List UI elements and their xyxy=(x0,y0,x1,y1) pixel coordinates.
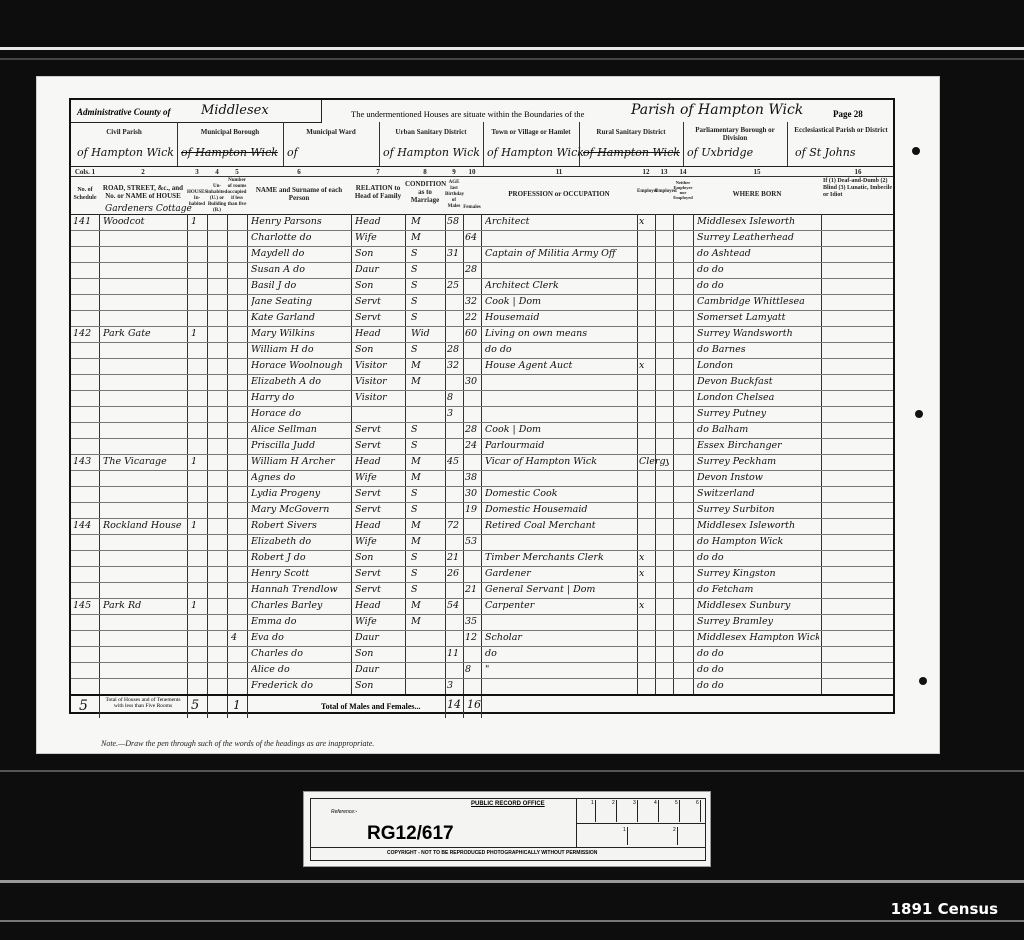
cell-name: Henry Parsons xyxy=(251,216,349,227)
cell-name: Maydell do xyxy=(251,248,349,259)
cell-sched: 143 xyxy=(73,456,97,467)
cell-born: Surrey Peckham xyxy=(697,456,819,467)
county-box: Administrative County of Middlesex xyxy=(71,100,322,123)
cell-rel: Daur xyxy=(355,632,403,643)
table-row: 141Woodcot1Henry ParsonsHeadM58Architect… xyxy=(71,214,893,231)
cell-occ: Architect xyxy=(485,216,635,227)
table-row: 4Eva doDaur12ScholarMiddlesex Hampton Wi… xyxy=(71,630,893,647)
cell-emp: Clergy xyxy=(639,456,669,467)
cell-house: Rockland House xyxy=(103,520,185,531)
cell-cond: S xyxy=(411,584,443,595)
cell-born: Surrey Wandsworth xyxy=(697,328,819,339)
cell-rel: Wife xyxy=(355,536,403,547)
cell-rel: Daur xyxy=(355,264,403,275)
cell-name: Robert J do xyxy=(251,552,349,563)
totals-row: 5 Total of Houses and of Tenements with … xyxy=(71,694,893,718)
cell-occ: Cook | Dom xyxy=(485,296,635,307)
cell-emp: x xyxy=(639,360,669,371)
cell-f: 21 xyxy=(465,584,481,595)
office-name: PUBLIC RECORD OFFICE xyxy=(471,801,545,807)
cell-name: Frederick do xyxy=(251,680,349,691)
cell-inh: 1 xyxy=(191,600,205,611)
cell-rel: Daur xyxy=(355,664,403,675)
cell-f: 8 xyxy=(465,664,481,675)
background-stripe xyxy=(0,58,1024,60)
cell-name: Elizabeth do xyxy=(251,536,349,547)
cell-occ: Domestic Cook xyxy=(485,488,635,499)
table-row: 144Rockland House1Robert SiversHeadM72Re… xyxy=(71,518,893,535)
table-row: Mary McGovernServtS19Domestic HousemaidS… xyxy=(71,502,893,519)
cell-rel: Son xyxy=(355,248,403,259)
cell-name: Robert Sivers xyxy=(251,520,349,531)
table-row: Frederick doSon3do do xyxy=(71,678,893,695)
ruler-inch-label: 1 xyxy=(623,827,628,845)
cell-born: Surrey Kingston xyxy=(697,568,819,579)
ruler-cm-label: 1 xyxy=(591,800,596,822)
cell-cond: Wid xyxy=(411,328,443,339)
background-stripe xyxy=(0,770,1024,772)
cell-born: Surrey Surbiton xyxy=(697,504,819,515)
cell-cond: S xyxy=(411,424,443,435)
cell-name: Emma do xyxy=(251,616,349,627)
boundaries-text: The undermentioned Houses are situate wi… xyxy=(351,109,584,119)
punch-hole xyxy=(912,147,920,155)
cell-born: do Ashtead xyxy=(697,248,819,259)
cell-occ: Carpenter xyxy=(485,600,635,611)
cell-occ: Timber Merchants Clerk xyxy=(485,552,635,563)
form-note: Note.—Draw the pen through such of the w… xyxy=(101,739,374,748)
cell-occ: Vicar of Hampton Wick xyxy=(485,456,635,467)
col-5-header: Number of rooms occupied if less than fi… xyxy=(227,178,247,208)
cell-rel: Head xyxy=(355,216,403,227)
cell-house: Park Rd xyxy=(103,600,185,611)
cell-name: Basil J do xyxy=(251,280,349,291)
cell-inh: 1 xyxy=(191,328,205,339)
cell-m: 58 xyxy=(447,216,463,227)
table-row: Agnes doWifeM38Devon Instow xyxy=(71,470,893,487)
cell-f: 30 xyxy=(465,488,481,499)
cell-born: Surrey Leatherhead xyxy=(697,232,819,243)
cell-born: Surrey Putney xyxy=(697,408,819,419)
cell-cond: S xyxy=(411,488,443,499)
cell-cond: S xyxy=(411,344,443,355)
boundaries-value: Parish of Hampton Wick xyxy=(631,102,803,118)
cell-emp: x xyxy=(639,216,669,227)
cell-cond: M xyxy=(411,360,443,371)
cell-name: Lydia Progeny xyxy=(251,488,349,499)
cell-born: do Hampton Wick xyxy=(697,536,819,547)
cell-cond: S xyxy=(411,440,443,451)
county-label: Administrative County of xyxy=(77,107,171,117)
cell-rel: Head xyxy=(355,328,403,339)
cell-cond: M xyxy=(411,472,443,483)
cell-f: 32 xyxy=(465,296,481,307)
table-row: Horace do3Surrey Putney xyxy=(71,406,893,423)
cell-f: 12 xyxy=(465,632,481,643)
cell-m: 11 xyxy=(447,648,463,659)
col-6-header: NAME and Surname of each Person xyxy=(251,186,347,202)
census-form: Administrative County of Middlesex The u… xyxy=(69,98,895,714)
col-2-header: ROAD, STREET, &c., and No. or NAME of HO… xyxy=(101,184,185,200)
punch-hole xyxy=(915,410,923,418)
ruler-cm-label: 3 xyxy=(633,800,638,822)
table-row: Elizabeth doWifeM53do Hampton Wick xyxy=(71,534,893,551)
cell-cond: S xyxy=(411,312,443,323)
cell-f: 38 xyxy=(465,472,481,483)
cell-name: Agnes do xyxy=(251,472,349,483)
cell-occ: Architect Clerk xyxy=(485,280,635,291)
cell-cond: S xyxy=(411,280,443,291)
cell-house: The Vicarage xyxy=(103,456,185,467)
cell-born: do do xyxy=(697,664,819,675)
cell-born: do Barnes xyxy=(697,344,819,355)
table-row: Alice doDaur8"do do xyxy=(71,662,893,679)
total-males: 14 xyxy=(447,698,461,711)
cell-f: 19 xyxy=(465,504,481,515)
image-caption: 1891 Census xyxy=(891,900,998,918)
cell-name: William H do xyxy=(251,344,349,355)
total-persons-label: Total of Males and Females... xyxy=(321,702,420,711)
cell-rel: Servt xyxy=(355,504,403,515)
cell-cond: M xyxy=(411,600,443,611)
reference-card: PUBLIC RECORD OFFICE Reference:- RG12/61… xyxy=(303,791,711,867)
census-page: Administrative County of Middlesex The u… xyxy=(37,77,939,753)
cell-rel: Son xyxy=(355,680,403,691)
cell-rel: Visitor xyxy=(355,392,403,403)
cell-born: Devon Instow xyxy=(697,472,819,483)
cell-sched: 145 xyxy=(73,600,97,611)
col-15-header: WHERE BORN xyxy=(693,190,821,198)
table-row: Horace WoolnoughVisitorM32House Agent Au… xyxy=(71,358,893,375)
table-row: Charlotte doWifeM64Surrey Leatherhead xyxy=(71,230,893,247)
cell-name: Alice do xyxy=(251,664,349,675)
cell-emp: x xyxy=(639,600,669,611)
table-row: Henry ScottServtS26GardenerxSurrey Kings… xyxy=(71,566,893,583)
cell-occ: General Servant | Dom xyxy=(485,584,635,595)
cell-m: 45 xyxy=(447,456,463,467)
table-row: Robert J doSonS21Timber Merchants Clerkx… xyxy=(71,550,893,567)
cell-cond: M xyxy=(411,456,443,467)
table-row: Alice SellmanServtS28Cook | Domdo Balham xyxy=(71,422,893,439)
col-14-header: Neither Employer nor Employed xyxy=(673,180,693,200)
table-row: Basil J doSonS25Architect Clerkdo do xyxy=(71,278,893,295)
table-row: William H doSonS28do dodo Barnes xyxy=(71,342,893,359)
cell-occ: Cook | Dom xyxy=(485,424,635,435)
cell-name: Priscilla Judd xyxy=(251,440,349,451)
cell-cond: M xyxy=(411,216,443,227)
table-row: Harry doVisitor8London Chelsea xyxy=(71,390,893,407)
table-row: Hannah TrendlowServtS21General Servant |… xyxy=(71,582,893,599)
col-7-header: RELATION to Head of Family xyxy=(351,184,405,200)
col-9-header: AGE last Birthday of Males xyxy=(445,180,463,210)
cell-occ: do xyxy=(485,648,635,659)
cell-occ: Domestic Housemaid xyxy=(485,504,635,515)
cell-name: Mary Wilkins xyxy=(251,328,349,339)
cell-emp: x xyxy=(639,552,669,563)
cell-f: 28 xyxy=(465,264,481,275)
cell-cond: M xyxy=(411,376,443,387)
col-8-header: CONDITION as to Marriage xyxy=(405,180,445,204)
ruler-cm-label: 5 xyxy=(675,800,680,822)
cell-name: Harry do xyxy=(251,392,349,403)
total-houses-label: Total of Houses and of Tenements with le… xyxy=(101,697,185,709)
cell-occ: Retired Coal Merchant xyxy=(485,520,635,531)
cell-born: Somerset Lamyatt xyxy=(697,312,819,323)
cell-rel: Servt xyxy=(355,424,403,435)
cell-rel: Wife xyxy=(355,616,403,627)
cell-f: 28 xyxy=(465,424,481,435)
cell-rel: Servt xyxy=(355,312,403,323)
cell-cond: S xyxy=(411,264,443,275)
cell-occ: Scholar xyxy=(485,632,635,643)
col-4-header: Un-inhabited (U.) or Building (B.) xyxy=(207,184,227,214)
ruler-cm-label: 6 xyxy=(696,800,701,822)
cell-rel: Head xyxy=(355,600,403,611)
cell-rel: Visitor xyxy=(355,376,403,387)
table-row: Susan A doDaurS28do do xyxy=(71,262,893,279)
table-row: Maydell doSonS31Captain of Militia Army … xyxy=(71,246,893,263)
cell-house: Woodcot xyxy=(103,216,185,227)
background-stripe xyxy=(0,47,1024,50)
cell-inh: 1 xyxy=(191,456,205,467)
table-row: 143The Vicarage1William H ArcherHeadM45V… xyxy=(71,454,893,471)
admin-fields-row: Civil Parish of Hampton Wick Municipal B… xyxy=(71,122,893,167)
table-row: 142Park Gate1Mary WilkinsHeadWid60Living… xyxy=(71,326,893,343)
cell-name: Susan A do xyxy=(251,264,349,275)
cell-born: London Chelsea xyxy=(697,392,819,403)
cell-occ: " xyxy=(485,664,635,675)
cell-emp: x xyxy=(639,568,669,579)
cell-cond: S xyxy=(411,552,443,563)
cell-occ: do do xyxy=(485,344,635,355)
cell-f: 60 xyxy=(465,328,481,339)
cell-cond: S xyxy=(411,248,443,259)
cell-name: Henry Scott xyxy=(251,568,349,579)
cell-rooms: 4 xyxy=(231,632,245,643)
cell-name: Charles do xyxy=(251,648,349,659)
cell-occ: Parlourmaid xyxy=(485,440,635,451)
page-number: Page 28 xyxy=(833,109,863,119)
cell-rel: Head xyxy=(355,520,403,531)
cell-rel: Son xyxy=(355,552,403,563)
background-stripe xyxy=(0,880,1024,883)
ruler-inch-label: 2 xyxy=(673,827,678,845)
table-row: 145Park Rd1Charles BarleyHeadM54Carpente… xyxy=(71,598,893,615)
cell-born: do do xyxy=(697,280,819,291)
cell-rel: Son xyxy=(355,280,403,291)
cell-rel: Servt xyxy=(355,440,403,451)
cell-occ: Living on own means xyxy=(485,328,635,339)
total-inhabited: 5 xyxy=(191,698,199,713)
reference-label: Reference:- xyxy=(331,809,357,815)
reference-number: RG12/617 xyxy=(367,823,454,845)
cell-cond: M xyxy=(411,232,443,243)
col-12-header: Employer xyxy=(637,188,655,196)
col-11-header: PROFESSION or OCCUPATION xyxy=(481,190,637,198)
cell-born: do Balham xyxy=(697,424,819,435)
cell-occ: Gardener xyxy=(485,568,635,579)
table-row: Jane SeatingServtS32Cook | DomCambridge … xyxy=(71,294,893,311)
cell-house: Park Gate xyxy=(103,328,185,339)
col-16-header: If (1) Deaf-and-Dumb (2) Blind (3) Lunat… xyxy=(823,178,895,199)
cell-name: Elizabeth A do xyxy=(251,376,349,387)
cell-rel: Son xyxy=(355,344,403,355)
cell-m: 28 xyxy=(447,344,463,355)
cell-born: do do xyxy=(697,680,819,691)
table-row: Kate GarlandServtS22HousemaidSomerset La… xyxy=(71,310,893,327)
cell-sched: 144 xyxy=(73,520,97,531)
cell-name: Horace do xyxy=(251,408,349,419)
cell-born: Middlesex Sunbury xyxy=(697,600,819,611)
total-rooms: 1 xyxy=(233,698,241,712)
census-table: 141Woodcot1Henry ParsonsHeadM58Architect… xyxy=(71,214,893,694)
cell-born: Devon Buckfast xyxy=(697,376,819,387)
cell-f: 35 xyxy=(465,616,481,627)
punch-hole xyxy=(919,677,927,685)
cell-cond: M xyxy=(411,616,443,627)
cell-cond: S xyxy=(411,504,443,515)
cell-born: London xyxy=(697,360,819,371)
ruler-cm-label: 4 xyxy=(654,800,659,822)
col-10-header: Females xyxy=(463,204,481,212)
cell-born: Middlesex Isleworth xyxy=(697,216,819,227)
cell-rel: Servt xyxy=(355,296,403,307)
col-13-header: Employed xyxy=(655,188,673,196)
cell-f: 30 xyxy=(465,376,481,387)
cell-born: do do xyxy=(697,648,819,659)
cell-sched: 141 xyxy=(73,216,97,227)
cell-f: 22 xyxy=(465,312,481,323)
cell-name: Alice Sellman xyxy=(251,424,349,435)
cell-rel: Wife xyxy=(355,232,403,243)
background-stripe xyxy=(0,920,1024,922)
cell-born: Middlesex Isleworth xyxy=(697,520,819,531)
cell-rel: Visitor xyxy=(355,360,403,371)
table-row: Priscilla JuddServtS24ParlourmaidEssex B… xyxy=(71,438,893,455)
cell-inh: 1 xyxy=(191,520,205,531)
cell-name: Horace Woolnough xyxy=(251,360,349,371)
cell-name: Hannah Trendlow xyxy=(251,584,349,595)
cell-occ: House Agent Auct xyxy=(485,360,635,371)
cell-cond: S xyxy=(411,568,443,579)
cell-born: Cambridge Whittlesea xyxy=(697,296,819,307)
cell-born: Switzerland xyxy=(697,488,819,499)
cell-f: 64 xyxy=(465,232,481,243)
cell-cond: M xyxy=(411,536,443,547)
cell-rel: Servt xyxy=(355,568,403,579)
cell-name: Mary McGovern xyxy=(251,504,349,515)
cell-occ: Captain of Militia Army Off xyxy=(485,248,635,259)
cell-f: 53 xyxy=(465,536,481,547)
cell-m: 21 xyxy=(447,552,463,563)
cell-born: do do xyxy=(697,264,819,275)
cell-sched: 142 xyxy=(73,328,97,339)
cell-born: do do xyxy=(697,552,819,563)
cell-name: Jane Seating xyxy=(251,296,349,307)
cell-rel: Head xyxy=(355,456,403,467)
cell-occ: Housemaid xyxy=(485,312,635,323)
house-note: Gardeners Cottage xyxy=(105,204,192,214)
cell-rel: Servt xyxy=(355,584,403,595)
total-females: 16 xyxy=(467,698,481,711)
cell-m: 54 xyxy=(447,600,463,611)
cell-born: Essex Birchanger xyxy=(697,440,819,451)
cell-cond: S xyxy=(411,296,443,307)
cell-m: 72 xyxy=(447,520,463,531)
cell-m: 3 xyxy=(447,408,463,419)
cell-m: 26 xyxy=(447,568,463,579)
cell-name: Charles Barley xyxy=(251,600,349,611)
ruler-cm-label: 2 xyxy=(612,800,617,822)
cell-born: Surrey Bramley xyxy=(697,616,819,627)
cell-rel: Servt xyxy=(355,488,403,499)
county-value: Middlesex xyxy=(201,103,269,118)
table-row: Charles doSon11dodo do xyxy=(71,646,893,663)
cell-m: 25 xyxy=(447,280,463,291)
cell-cond: M xyxy=(411,520,443,531)
copyright-text: COPYRIGHT - NOT TO BE REPRODUCED PHOTOGR… xyxy=(387,850,597,856)
table-row: Emma doWifeM35Surrey Bramley xyxy=(71,614,893,631)
col-1-header: Cols. 1 xyxy=(71,168,99,176)
table-row: Lydia ProgenyServtS30Domestic CookSwitze… xyxy=(71,486,893,503)
cell-m: 3 xyxy=(447,680,463,691)
cell-m: 32 xyxy=(447,360,463,371)
cell-m: 8 xyxy=(447,392,463,403)
cell-m: 31 xyxy=(447,248,463,259)
table-row: Elizabeth A doVisitorM30Devon Buckfast xyxy=(71,374,893,391)
cell-name: William H Archer xyxy=(251,456,349,467)
cell-born: do Fetcham xyxy=(697,584,819,595)
cell-name: Charlotte do xyxy=(251,232,349,243)
total-schedules: 5 xyxy=(79,698,88,714)
cell-rel: Son xyxy=(355,648,403,659)
column-headers: Cols. 1 No. of Schedule 2 ROAD, STREET, … xyxy=(71,166,893,215)
cell-born: Middlesex Hampton Wick xyxy=(697,632,819,643)
cell-rel: Wife xyxy=(355,472,403,483)
scale-ruler: 123456 12 xyxy=(576,799,705,847)
cell-inh: 1 xyxy=(191,216,205,227)
cell-name: Eva do xyxy=(251,632,349,643)
cell-name: Kate Garland xyxy=(251,312,349,323)
cell-f: 24 xyxy=(465,440,481,451)
